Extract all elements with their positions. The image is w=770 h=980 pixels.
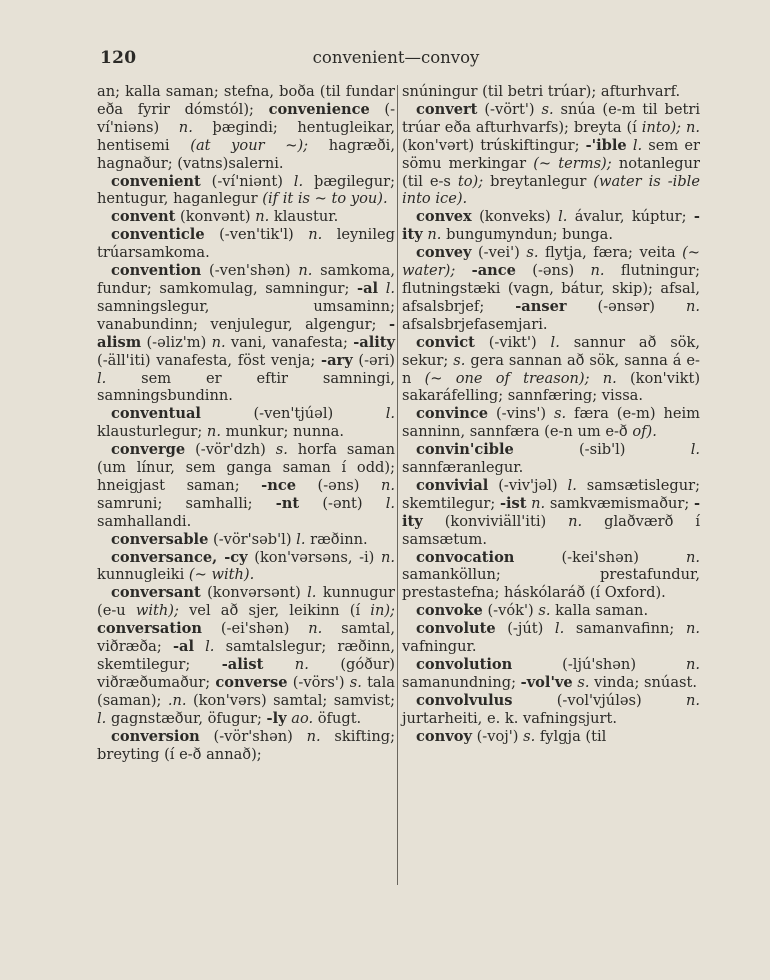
definition-text: (-vikt') [475, 334, 551, 351]
dictionary-entry: conventicle (-ven'tik'l) n. leynileg trú… [97, 226, 395, 262]
grammar-label: l. [386, 405, 395, 422]
definition-text: (-vei') [471, 244, 526, 261]
grammar-label: s. [276, 441, 288, 458]
headword: convocation [416, 549, 514, 566]
definition-text: (-ví'niənt) [201, 173, 294, 190]
headword: convivial [416, 477, 488, 494]
definition-text: (-vör'shən) [200, 728, 307, 745]
definition-text: kalla saman. [550, 602, 648, 619]
headword: convict [416, 334, 475, 351]
subentry: -'ible [586, 137, 627, 154]
definition-text: fylgja (til [535, 728, 606, 745]
headword: convolvulus [416, 692, 512, 709]
grammar-label: n. [298, 262, 312, 279]
subentry: -anser [515, 298, 566, 315]
definition-text: (-ənt) [299, 495, 386, 512]
dictionary-entry: convey (-vei') s. flytja, færa; veita (~… [402, 244, 700, 334]
grammar-label: (if it is ~ to you). [262, 190, 387, 207]
definition-text: samanvafinn; [564, 620, 686, 637]
grammar-label: (at your ~); [190, 137, 308, 154]
headword: conversant [111, 584, 201, 601]
grammar-label: l. [568, 477, 577, 494]
right-column: snúningur (til betri trúar); afturhvarf.… [402, 83, 700, 746]
dictionary-page: 120 convenient—convoy an; kalla saman; s… [0, 0, 770, 980]
definition-text: samhallandi. [97, 513, 191, 530]
grammar-label: n. [381, 549, 395, 566]
left-column: an; kalla saman; stefna, boða (til funda… [97, 83, 395, 763]
definition-text: munkur; nunna. [221, 423, 344, 440]
grammar-label: n. [603, 370, 617, 387]
dictionary-entry: convict (-vikt') l. sannur að sök, sekur… [402, 334, 700, 406]
definition-text [194, 638, 205, 655]
dictionary-entry: convince (-vins') s. færa (e-m) heim san… [402, 405, 700, 441]
definition-text: (-vol'vjúləs) [512, 692, 686, 709]
definition-text: (-viv'jəl) [488, 477, 567, 494]
grammar-label: n. [255, 208, 269, 225]
dictionary-entry: convenient (-ví'niənt) l. þægilegur; hen… [97, 173, 395, 209]
subentry: -ist [500, 495, 527, 512]
grammar-label: with); [136, 602, 179, 619]
grammar-label: to); [458, 173, 483, 190]
subentry: -ary [321, 352, 353, 369]
headword: conventual [111, 405, 201, 422]
definition-text: (kon'vərs) samtal; samvist; [187, 692, 395, 709]
definition-text: kunnugleiki [97, 566, 189, 583]
headword: convolution [416, 656, 512, 673]
grammar-label: n. [179, 119, 193, 136]
dictionary-entry: convention (-ven'shən) n. samkoma, fundu… [97, 262, 395, 405]
grammar-label: l. [555, 620, 564, 637]
definition-text: afsalsbrjefasemjari. [402, 316, 548, 333]
headword: convoke [416, 602, 483, 619]
grammar-label: l. [691, 441, 700, 458]
definition-text: (-əns) [296, 477, 381, 494]
subentry: -al [357, 280, 378, 297]
definition-text: samanköllun; prestafundur, prestastefna;… [402, 566, 700, 601]
definition-text: flytja, færa; veita [539, 244, 683, 261]
headword: converge [111, 441, 185, 458]
dictionary-entry: conversance, -cy (kon'vərsəns, -i) n. ku… [97, 549, 395, 585]
dictionary-entry: convoy (-voj') s. fylgja (til [402, 728, 700, 746]
grammar-label: l. [97, 370, 106, 387]
definition-text: (-ven'tjúəl) [201, 405, 386, 422]
definition-text [455, 262, 471, 279]
headword: convex [416, 208, 472, 225]
grammar-label: n. [686, 692, 700, 709]
grammar-label: l. [386, 280, 395, 297]
definition-text [590, 370, 603, 387]
definition-text: vafningur. [402, 638, 477, 655]
grammar-label: (~ terms); [533, 155, 611, 172]
definition-text: (-kei'shən) [514, 549, 686, 566]
headword: convoy [416, 728, 472, 745]
dictionary-entry: conversable (-vör'səb'l) l. ræðinn. [97, 531, 395, 549]
subentry: -ance [472, 262, 516, 279]
definition-text: klausturlegur; [97, 423, 207, 440]
headword: conversion [111, 728, 200, 745]
dictionary-entry: convolution (-ljú'shən) n. samanundning;… [402, 656, 700, 692]
grammar-label: n. [686, 620, 700, 637]
grammar-label: .n. [168, 692, 187, 709]
grammar-label: s. [453, 352, 465, 369]
grammar-label: s. [538, 602, 550, 619]
headword: conventicle [111, 226, 205, 243]
grammar-label: s. [350, 674, 362, 691]
grammar-label: l. [633, 137, 642, 154]
grammar-label: s. [523, 728, 535, 745]
headword: converse [215, 674, 287, 691]
definition-text: sem er eftir samningi, samningsbundinn. [97, 370, 395, 405]
dictionary-entry: convivial (-viv'jəl) l. samsætislegur; s… [402, 477, 700, 549]
definition-text: (-vók') [483, 602, 538, 619]
grammar-label: ao. [291, 710, 313, 727]
headword: convenient [111, 173, 201, 190]
definition-text: (-ljú'shən) [512, 656, 686, 673]
definition-text: (-vins') [488, 405, 554, 422]
dictionary-entry: conventual (-ven'tjúəl) l. klausturlegur… [97, 405, 395, 441]
definition-text [263, 656, 294, 673]
definition-text: (-əri) [353, 352, 395, 369]
column-divider [397, 85, 398, 885]
grammar-label: s. [554, 405, 566, 422]
definition-text: (-äll'iti) vanafesta, föst venja; [97, 352, 321, 369]
definition-text: samanundning; [402, 674, 521, 691]
definition-text: (-ei'shən) [202, 620, 308, 637]
grammar-label: n. [207, 423, 221, 440]
grammar-label: n. [531, 495, 545, 512]
definition-text: samruni; samhalli; [97, 495, 276, 512]
dictionary-entry: snúningur (til betri trúar); afturhvarf. [402, 83, 700, 101]
dictionary-entry: convent (konvənt) n. klaustur. [97, 208, 395, 226]
subentry: -al [173, 638, 194, 655]
grammar-label: (~ with). [189, 566, 254, 583]
definition-text: breytanlegur [483, 173, 593, 190]
headword: convey [416, 244, 471, 261]
grammar-label: into); [642, 119, 681, 136]
definition-text: (konvərsənt) [201, 584, 307, 601]
dictionary-entry: conversion (-vör'shən) n. skifting; brey… [97, 728, 395, 764]
subentry: -nt [276, 495, 299, 512]
definition-text: sannfæranlegur. [402, 459, 523, 476]
headword: conversation [97, 620, 202, 637]
grammar-label: s. [577, 674, 589, 691]
grammar-label: n. [381, 477, 395, 494]
definition-text: (-ənsər) [567, 298, 686, 315]
headword: conversable [111, 531, 208, 548]
grammar-label: n. [686, 298, 700, 315]
grammar-label: n. [308, 226, 322, 243]
headword: convolute [416, 620, 496, 637]
page-header: 120 convenient—convoy [100, 48, 692, 74]
grammar-label: n. [591, 262, 605, 279]
grammar-label: n. [212, 334, 226, 351]
dictionary-entry: conversant (konvərsənt) l. kunnugur (e-u… [97, 584, 395, 727]
subentry: -alist [222, 656, 264, 673]
definition-text: (konveks) [472, 208, 558, 225]
definition-text: ræðinn. [305, 531, 367, 548]
definition-text: (kon'vərsəns, -i) [248, 549, 381, 566]
headword: convince [416, 405, 488, 422]
subentry: -ality [353, 334, 395, 351]
definition-text: (-əns) [516, 262, 591, 279]
definition-text: (-jút) [496, 620, 555, 637]
dictionary-entry: convolvulus (-vol'vjúləs) n. jurtarheiti… [402, 692, 700, 728]
grammar-label: n. [686, 119, 700, 136]
definition-text: samkvæmismaður; [545, 495, 694, 512]
grammar-label: n. [295, 656, 309, 673]
grammar-label: n. [307, 728, 321, 745]
grammar-label: n. [568, 513, 582, 530]
grammar-label: of). [632, 423, 657, 440]
grammar-label: l. [558, 208, 567, 225]
definition-text: (-vör'səb'l) [208, 531, 296, 548]
grammar-label: l. [97, 710, 106, 727]
grammar-label: in); [370, 602, 395, 619]
definition-text: (konvənt) [175, 208, 255, 225]
definition-text: (kon'vərt) trúskiftingur; [402, 137, 586, 154]
definition-text: snúningur (til betri trúar); afturhvarf. [402, 83, 680, 100]
dictionary-entry: converge (-vör'dzh) s. horfa saman (um l… [97, 441, 395, 531]
grammar-label: n. [427, 226, 441, 243]
definition-text: vinda; snúast. [589, 674, 697, 691]
definition-text: ávalur, kúptur; [567, 208, 694, 225]
running-head: convenient—convoy [100, 48, 692, 67]
headword: convention [111, 262, 201, 279]
dictionary-entry: convert (-vört') s. snúa (e-m til betri … [402, 101, 700, 208]
grammar-label: l. [386, 495, 395, 512]
headword: convenience [269, 101, 370, 118]
definition-text: (-əliz'm) [141, 334, 211, 351]
definition-text: (-vört') [477, 101, 541, 118]
subentry: -ly [267, 710, 287, 727]
definition-text: vel að sjer, leikinn (í [179, 602, 370, 619]
definition-text: (-vörs') [288, 674, 350, 691]
subentry: -nce [261, 477, 296, 494]
dictionary-entry: convoke (-vók') s. kalla saman. [402, 602, 700, 620]
definition-text: klaustur. [269, 208, 338, 225]
grammar-label: (~ one of treason); [425, 370, 590, 387]
definition-text: jurtarheiti, e. k. vafningsjurt. [402, 710, 617, 727]
grammar-label: n. [686, 656, 700, 673]
dictionary-entry: convolute (-jút) l. samanvafinn; n. vafn… [402, 620, 700, 656]
definition-text: öfugt. [313, 710, 361, 727]
dictionary-entry: an; kalla saman; stefna, boða (til funda… [97, 83, 395, 173]
grammar-label: n. [686, 549, 700, 566]
subentry: -vol've [521, 674, 573, 691]
headword: convin'cible [416, 441, 514, 458]
definition-text: vani, vanafesta; [226, 334, 354, 351]
headword: convent [111, 208, 175, 225]
grammar-label: s. [526, 244, 538, 261]
definition-text: bungumyndun; bunga. [441, 226, 613, 243]
definition-text: samningslegur, umsaminn; vanabundinn; ve… [97, 298, 395, 333]
definition-text: (konviviäll'iti) [423, 513, 568, 530]
grammar-label: l. [551, 334, 560, 351]
grammar-label: n. [308, 620, 322, 637]
definition-text: (-ven'tik'l) [205, 226, 309, 243]
grammar-label: s. [541, 101, 553, 118]
dictionary-entry: convin'cible (-sib'l) l. sannfæranlegur. [402, 441, 700, 477]
definition-text: (-vör'dzh) [185, 441, 276, 458]
dictionary-entry: convocation (-kei'shən) n. samanköllun; … [402, 549, 700, 603]
definition-text: (-ven'shən) [201, 262, 298, 279]
dictionary-entry: convex (konveks) l. ávalur, kúptur; - it… [402, 208, 700, 244]
headword: conversance, -cy [111, 549, 248, 566]
definition-text: (-voj') [472, 728, 523, 745]
definition-text [378, 280, 386, 297]
headword: convert [416, 101, 477, 118]
grammar-label: l. [294, 173, 303, 190]
definition-text: gagnstæður, öfugur; [106, 710, 266, 727]
definition-text: (-sib'l) [514, 441, 691, 458]
